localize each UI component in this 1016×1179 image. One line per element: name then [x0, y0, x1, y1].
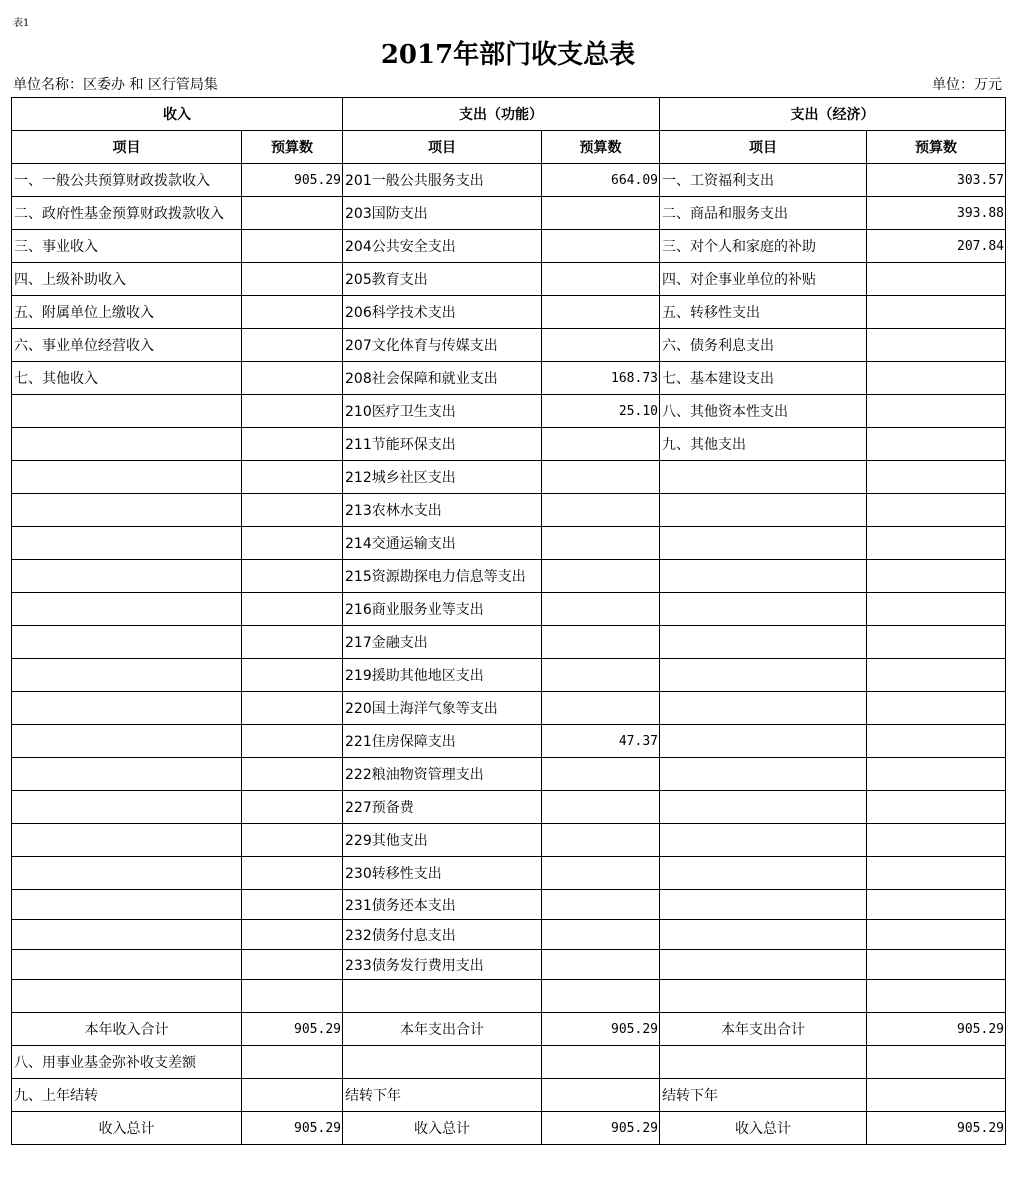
income-section-header: 收入	[12, 98, 343, 131]
year-expense-econ-total-label: 本年支出合计	[660, 1013, 867, 1046]
functional-expense-budget	[542, 824, 660, 857]
income-item	[12, 428, 242, 461]
economic-expense-item	[660, 890, 867, 920]
economic-expense-item	[660, 461, 867, 494]
functional-expense-budget	[542, 329, 660, 362]
functional-expense-item: 232债务付息支出	[343, 920, 542, 950]
functional-expense-budget	[542, 428, 660, 461]
functional-expense-item: 222粮油物资管理支出	[343, 758, 542, 791]
income-item	[12, 461, 242, 494]
income-budget	[242, 791, 343, 824]
income-item	[12, 725, 242, 758]
functional-expense-budget	[542, 692, 660, 725]
table-row: 233债务发行费用支出	[12, 950, 1006, 980]
income-budget: 905.29	[242, 164, 343, 197]
income-item: 一、一般公共预算财政拨款收入	[12, 164, 242, 197]
table-row: 217金融支出	[12, 626, 1006, 659]
income-budget	[242, 527, 343, 560]
functional-expense-item: 227预备费	[343, 791, 542, 824]
economic-expense-item	[660, 659, 867, 692]
prior-year-carryover-value	[242, 1079, 343, 1112]
economic-expense-budget	[867, 461, 1006, 494]
table-row: 231债务还本支出	[12, 890, 1006, 920]
income-budget	[242, 659, 343, 692]
economic-expense-budget	[867, 494, 1006, 527]
functional-expense-budget	[542, 593, 660, 626]
table-row: 一、一般公共预算财政拨款收入905.29201一般公共服务支出664.09一、工…	[12, 164, 1006, 197]
income-item	[12, 791, 242, 824]
table-row: 二、政府性基金预算财政拨款收入203国防支出二、商品和服务支出393.88	[12, 197, 1006, 230]
income-item	[12, 857, 242, 890]
empty-cell	[867, 1046, 1006, 1079]
income-item	[12, 980, 242, 1013]
economic-expense-budget	[867, 950, 1006, 980]
empty-cell	[542, 1046, 660, 1079]
functional-expense-budget	[542, 659, 660, 692]
economic-expense-budget	[867, 593, 1006, 626]
functional-expense-budget: 168.73	[542, 362, 660, 395]
grand-total-econ-label: 收入总计	[660, 1112, 867, 1145]
income-budget	[242, 950, 343, 980]
functional-expense-budget	[542, 296, 660, 329]
table-row: 213农林水支出	[12, 494, 1006, 527]
income-budget	[242, 362, 343, 395]
economic-expense-budget	[867, 758, 1006, 791]
income-item	[12, 593, 242, 626]
carry-next-year-econ-value	[867, 1079, 1006, 1112]
grand-total-func-label: 收入总计	[343, 1112, 542, 1145]
table-row: 227预备费	[12, 791, 1006, 824]
economic-expense-budget	[867, 791, 1006, 824]
income-budget	[242, 329, 343, 362]
economic-expense-budget	[867, 824, 1006, 857]
income-item: 六、事业单位经营收入	[12, 329, 242, 362]
functional-expense-budget: 664.09	[542, 164, 660, 197]
functional-expense-budget	[542, 197, 660, 230]
economic-expense-item	[660, 692, 867, 725]
carry-next-year-label: 结转下年	[343, 1079, 542, 1112]
table-row: 222粮油物资管理支出	[12, 758, 1006, 791]
economic-expense-budget	[867, 626, 1006, 659]
table-row: 229其他支出	[12, 824, 1006, 857]
income-item: 七、其他收入	[12, 362, 242, 395]
economic-expense-item: 六、债务利息支出	[660, 329, 867, 362]
economic-expense-budget	[867, 428, 1006, 461]
economic-expense-item	[660, 626, 867, 659]
functional-expense-budget	[542, 494, 660, 527]
column-header-item: 项目	[343, 131, 542, 164]
economic-expense-item	[660, 791, 867, 824]
column-header-budget: 预算数	[242, 131, 343, 164]
income-budget	[242, 758, 343, 791]
table-row: 四、上级补助收入205教育支出四、对企事业单位的补贴	[12, 263, 1006, 296]
income-item	[12, 692, 242, 725]
economic-expense-item	[660, 593, 867, 626]
economic-expense-budget	[867, 692, 1006, 725]
functional-expense-item: 221住房保障支出	[343, 725, 542, 758]
table-row: 六、事业单位经营收入207文化体育与传媒支出六、债务利息支出	[12, 329, 1006, 362]
functional-expense-budget	[542, 791, 660, 824]
economic-expense-budget	[867, 920, 1006, 950]
economic-expense-budget	[867, 890, 1006, 920]
empty-cell	[660, 1046, 867, 1079]
income-item	[12, 494, 242, 527]
functional-expense-budget	[542, 560, 660, 593]
income-item	[12, 950, 242, 980]
table-row: 230转移性支出	[12, 857, 1006, 890]
functional-expense-item	[343, 980, 542, 1013]
functional-expense-item: 203国防支出	[343, 197, 542, 230]
table-row: 七、其他收入208社会保障和就业支出168.73七、基本建设支出	[12, 362, 1006, 395]
economic-expense-budget	[867, 980, 1006, 1013]
carry-next-year-value	[542, 1079, 660, 1112]
table-row: 212城乡社区支出	[12, 461, 1006, 494]
functional-expense-item: 215资源勘探电力信息等支出	[343, 560, 542, 593]
income-budget	[242, 626, 343, 659]
economic-expense-item	[660, 725, 867, 758]
economic-expense-budget	[867, 857, 1006, 890]
column-header-budget: 预算数	[867, 131, 1006, 164]
year-expense-total-label: 本年支出合计	[343, 1013, 542, 1046]
economic-expense-item	[660, 857, 867, 890]
currency-unit-label: 单位：万元	[932, 74, 1002, 94]
income-item: 三、事业收入	[12, 230, 242, 263]
functional-expense-item: 229其他支出	[343, 824, 542, 857]
economic-expense-item: 九、其他支出	[660, 428, 867, 461]
economic-expense-item	[660, 824, 867, 857]
unit-name-label: 单位名称：区委办 和 区行管局集	[13, 74, 218, 94]
functional-expense-item: 206科学技术支出	[343, 296, 542, 329]
economic-expense-item	[660, 950, 867, 980]
economic-expense-item: 三、对个人和家庭的补助	[660, 230, 867, 263]
table-row: 220国土海洋气象等支出	[12, 692, 1006, 725]
functional-expense-budget	[542, 461, 660, 494]
functional-expense-item: 214交通运输支出	[343, 527, 542, 560]
income-budget	[242, 395, 343, 428]
table-row: 五、附属单位上缴收入206科学技术支出五、转移性支出	[12, 296, 1006, 329]
functional-expense-budget	[542, 980, 660, 1013]
grand-total-func-value: 905.29	[542, 1112, 660, 1145]
income-budget	[242, 560, 343, 593]
income-budget	[242, 494, 343, 527]
functional-expense-budget	[542, 857, 660, 890]
income-budget	[242, 230, 343, 263]
grand-total-income-label: 收入总计	[12, 1112, 242, 1145]
functional-expense-item: 231债务还本支出	[343, 890, 542, 920]
income-budget	[242, 197, 343, 230]
functional-expense-item: 210医疗卫生支出	[343, 395, 542, 428]
economic-expense-item: 四、对企事业单位的补贴	[660, 263, 867, 296]
year-expense-total-value: 905.29	[542, 1013, 660, 1046]
functional-expense-item: 204公共安全支出	[343, 230, 542, 263]
income-budget	[242, 692, 343, 725]
functional-expense-budget: 25.10	[542, 395, 660, 428]
income-budget	[242, 890, 343, 920]
column-header-item: 项目	[12, 131, 242, 164]
budget-summary-table: 收入 支出（功能） 支出（经济） 项目 预算数 项目 预算数 项目 预算数 一、…	[11, 97, 1006, 1145]
functional-expense-item: 216商业服务业等支出	[343, 593, 542, 626]
economic-expense-item	[660, 758, 867, 791]
income-budget	[242, 920, 343, 950]
income-item	[12, 890, 242, 920]
economic-expense-budget	[867, 296, 1006, 329]
income-item	[12, 758, 242, 791]
grand-total-econ-value: 905.29	[867, 1112, 1006, 1145]
table-row: 232债务付息支出	[12, 920, 1006, 950]
economic-expense-item: 二、商品和服务支出	[660, 197, 867, 230]
table-row: 三、事业收入204公共安全支出三、对个人和家庭的补助207.84	[12, 230, 1006, 263]
functional-expense-budget	[542, 230, 660, 263]
table-row: 215资源勘探电力信息等支出	[12, 560, 1006, 593]
functional-expense-budget	[542, 920, 660, 950]
functional-expense-item: 219援助其他地区支出	[343, 659, 542, 692]
column-header-item: 项目	[660, 131, 867, 164]
table-number-label: 表1	[13, 14, 29, 29]
economic-expense-item: 五、转移性支出	[660, 296, 867, 329]
income-item	[12, 824, 242, 857]
economic-expense-item: 八、其他资本性支出	[660, 395, 867, 428]
economic-expense-budget	[867, 659, 1006, 692]
table-row: 219援助其他地区支出	[12, 659, 1006, 692]
table-row: 216商业服务业等支出	[12, 593, 1006, 626]
income-budget	[242, 725, 343, 758]
economic-expense-budget: 207.84	[867, 230, 1006, 263]
income-item	[12, 626, 242, 659]
functional-expense-budget	[542, 263, 660, 296]
economic-expense-budget	[867, 395, 1006, 428]
economic-expense-item	[660, 920, 867, 950]
functional-expense-budget	[542, 950, 660, 980]
income-item	[12, 560, 242, 593]
table-row: 211节能环保支出九、其他支出	[12, 428, 1006, 461]
economic-expense-budget: 303.57	[867, 164, 1006, 197]
functional-expense-budget	[542, 527, 660, 560]
table-row: 221住房保障支出47.37	[12, 725, 1006, 758]
income-budget	[242, 593, 343, 626]
income-budget	[242, 428, 343, 461]
economic-expense-budget	[867, 329, 1006, 362]
economic-expense-budget	[867, 725, 1006, 758]
functional-expense-item: 207文化体育与传媒支出	[343, 329, 542, 362]
economic-expense-item: 一、工资福利支出	[660, 164, 867, 197]
functional-expense-item: 205教育支出	[343, 263, 542, 296]
functional-expense-item: 201一般公共服务支出	[343, 164, 542, 197]
table-row: 210医疗卫生支出25.10八、其他资本性支出	[12, 395, 1006, 428]
functional-expense-item: 213农林水支出	[343, 494, 542, 527]
economic-expense-item	[660, 560, 867, 593]
functional-expense-budget	[542, 890, 660, 920]
functional-expense-item: 230转移性支出	[343, 857, 542, 890]
economic-expense-item	[660, 980, 867, 1013]
economic-expense-item: 七、基本建设支出	[660, 362, 867, 395]
functional-expense-item: 220国土海洋气象等支出	[343, 692, 542, 725]
economic-expense-budget: 393.88	[867, 197, 1006, 230]
functional-expense-budget	[542, 626, 660, 659]
fund-offset-value	[242, 1046, 343, 1079]
functional-expense-header: 支出（功能）	[343, 98, 660, 131]
carry-next-year-econ-label: 结转下年	[660, 1079, 867, 1112]
year-income-total-value: 905.29	[242, 1013, 343, 1046]
income-item	[12, 527, 242, 560]
functional-expense-item: 208社会保障和就业支出	[343, 362, 542, 395]
table-row	[12, 980, 1006, 1013]
economic-expense-item	[660, 494, 867, 527]
empty-cell	[343, 1046, 542, 1079]
income-budget	[242, 263, 343, 296]
income-item	[12, 659, 242, 692]
functional-expense-item: 233债务发行费用支出	[343, 950, 542, 980]
income-item	[12, 395, 242, 428]
functional-expense-budget	[542, 758, 660, 791]
income-budget	[242, 296, 343, 329]
income-budget	[242, 824, 343, 857]
column-header-budget: 预算数	[542, 131, 660, 164]
economic-expense-budget	[867, 527, 1006, 560]
income-budget	[242, 857, 343, 890]
income-item: 五、附属单位上缴收入	[12, 296, 242, 329]
table-row: 214交通运输支出	[12, 527, 1006, 560]
economic-expense-item	[660, 527, 867, 560]
income-item	[12, 920, 242, 950]
income-item: 二、政府性基金预算财政拨款收入	[12, 197, 242, 230]
page-title: 2017年部门收支总表	[0, 34, 1016, 71]
year-income-total-label: 本年收入合计	[12, 1013, 242, 1046]
prior-year-carryover-label: 九、上年结转	[12, 1079, 242, 1112]
income-budget	[242, 980, 343, 1013]
functional-expense-budget: 47.37	[542, 725, 660, 758]
income-item: 四、上级补助收入	[12, 263, 242, 296]
functional-expense-item: 212城乡社区支出	[343, 461, 542, 494]
economic-expense-budget	[867, 263, 1006, 296]
year-expense-econ-total-value: 905.29	[867, 1013, 1006, 1046]
economic-expense-header: 支出（经济）	[660, 98, 1006, 131]
fund-offset-label: 八、用事业基金弥补收支差额	[12, 1046, 242, 1079]
functional-expense-item: 211节能环保支出	[343, 428, 542, 461]
functional-expense-item: 217金融支出	[343, 626, 542, 659]
economic-expense-budget	[867, 560, 1006, 593]
economic-expense-budget	[867, 362, 1006, 395]
income-budget	[242, 461, 343, 494]
grand-total-income-value: 905.29	[242, 1112, 343, 1145]
